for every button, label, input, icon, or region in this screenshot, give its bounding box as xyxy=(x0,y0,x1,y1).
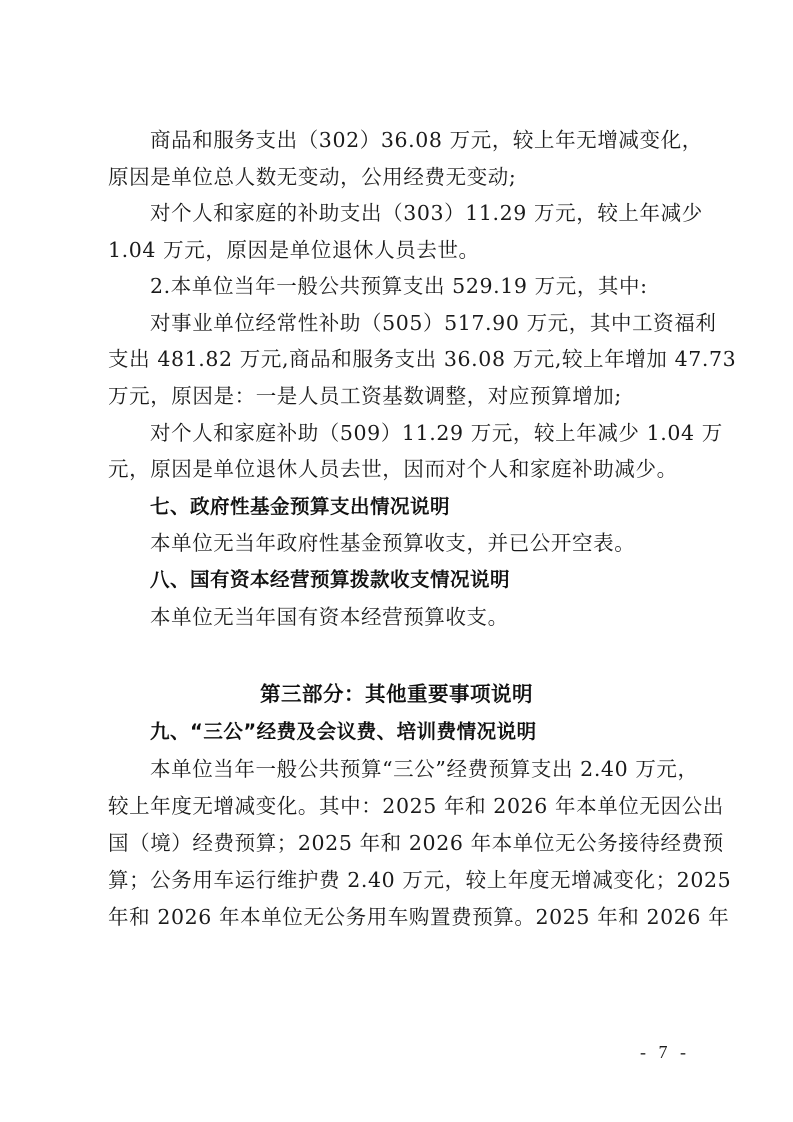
paragraph-line: 万元，原因是：一是人员工资基数调整，对应预算增加; xyxy=(108,384,688,408)
paragraph-line: 对个人和家庭的补助支出（303）11.29 万元，较上年减少 xyxy=(150,201,688,225)
paragraph-line: 支出 481.82 万元,商品和服务支出 36.08 万元,较上年增加 47.7… xyxy=(108,347,688,371)
paragraph-line: 2.本单位当年一般公共预算支出 529.19 万元，其中: xyxy=(150,274,688,298)
document-page: 商品和服务支出（302）36.08 万元，较上年无增减变化， 原因是单位总人数无… xyxy=(0,0,793,1122)
paragraph-line: 原因是单位总人数无变动，公用经费无变动; xyxy=(108,165,688,189)
section-7-heading: 七、政府性基金预算支出情况说明 xyxy=(150,495,688,519)
paragraph-line: 元，原因是单位退休人员去世，因而对个人和家庭补助减少。 xyxy=(108,457,688,481)
section-9-heading: 九、“三公”经费及会议费、培训费情况说明 xyxy=(150,720,688,744)
paragraph-line: 对个人和家庭补助（509）11.29 万元，较上年减少 1.04 万 xyxy=(150,421,688,445)
section-9-line: 本单位当年一般公共预算“三公”经费预算支出 2.40 万元， xyxy=(150,757,688,781)
section-8-heading: 八、国有资本经营预算拨款收支情况说明 xyxy=(150,568,688,592)
page-number: - 7 - xyxy=(640,1042,690,1063)
section-8-body: 本单位无当年国有资本经营预算收支。 xyxy=(150,605,688,629)
part-3-title: 第三部分：其他重要事项说明 xyxy=(0,682,793,706)
paragraph-line: 对事业单位经常性补助（505）517.90 万元，其中工资福利 xyxy=(150,311,688,335)
section-9-line: 较上年度无增减变化。其中：2025 年和 2026 年本单位无因公出 xyxy=(108,794,688,818)
section-7-body: 本单位无当年政府性基金预算收支，并已公开空表。 xyxy=(150,531,688,555)
paragraph-line: 商品和服务支出（302）36.08 万元，较上年无增减变化， xyxy=(150,128,688,152)
section-9-line: 国（境）经费预算；2025 年和 2026 年本单位无公务接待经费预 xyxy=(108,831,688,855)
paragraph-line: 1.04 万元，原因是单位退休人员去世。 xyxy=(108,238,688,262)
section-9-line: 年和 2026 年本单位无公务用车购置费预算。2025 年和 2026 年 xyxy=(108,905,688,929)
section-9-line: 算；公务用车运行维护费 2.40 万元，较上年度无增减变化；2025 xyxy=(108,868,688,892)
